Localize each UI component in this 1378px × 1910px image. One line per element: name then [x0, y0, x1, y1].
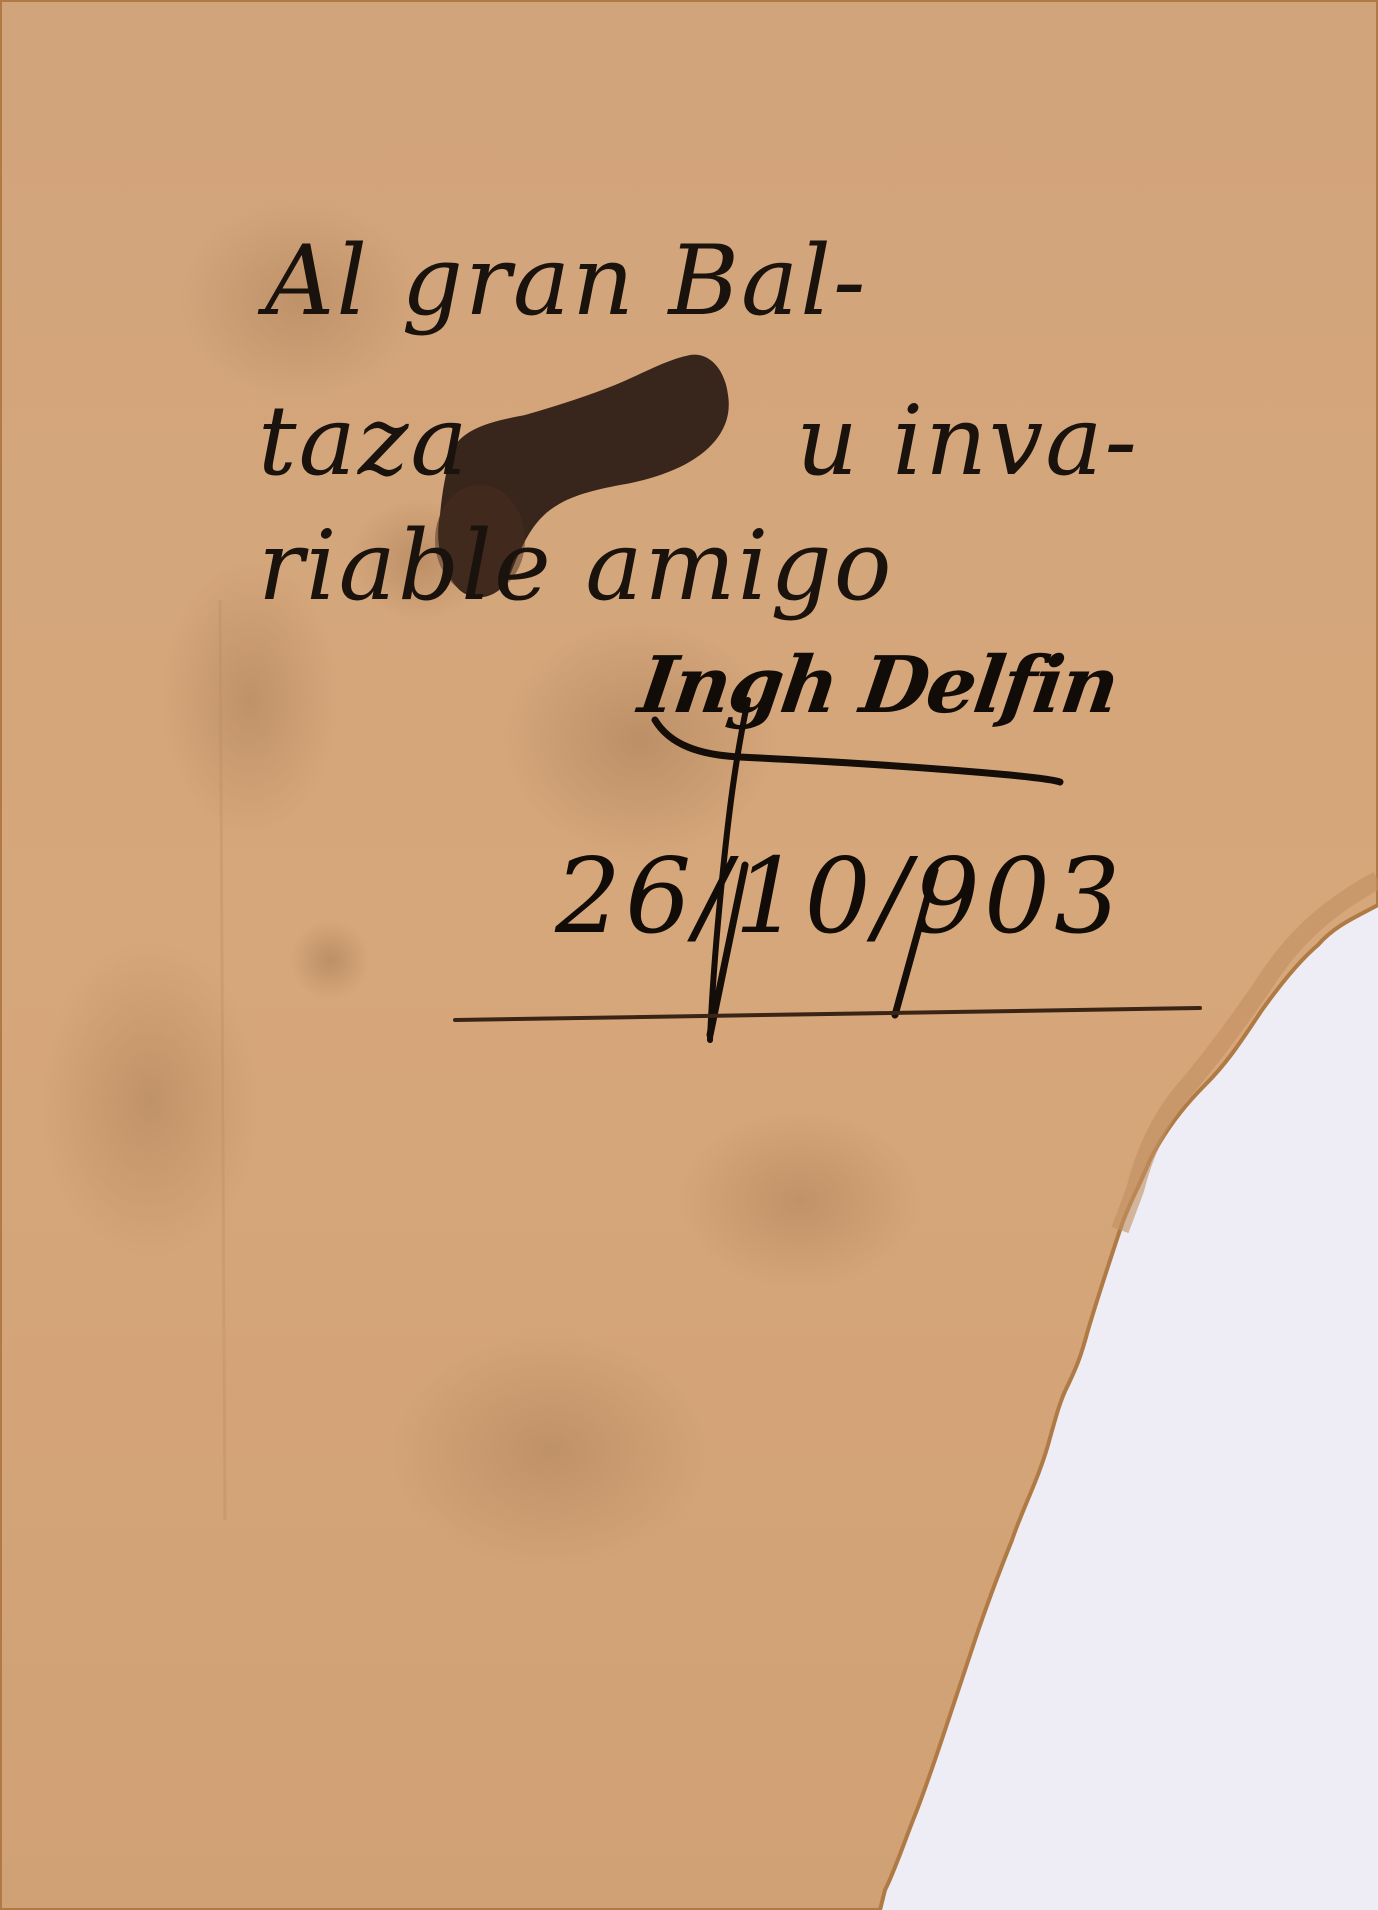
dedication-line-1: Al gran Bal-	[265, 225, 867, 337]
signature: Ingh Delfin	[634, 640, 1123, 731]
document-page: Al gran Bal- taza u inva- riable amigo I…	[0, 0, 1378, 1910]
dedication-line-2: taza u inva-	[258, 385, 1139, 497]
date: 26/10/903	[555, 835, 1124, 957]
dedication-line-3: riable amigo	[258, 510, 894, 622]
